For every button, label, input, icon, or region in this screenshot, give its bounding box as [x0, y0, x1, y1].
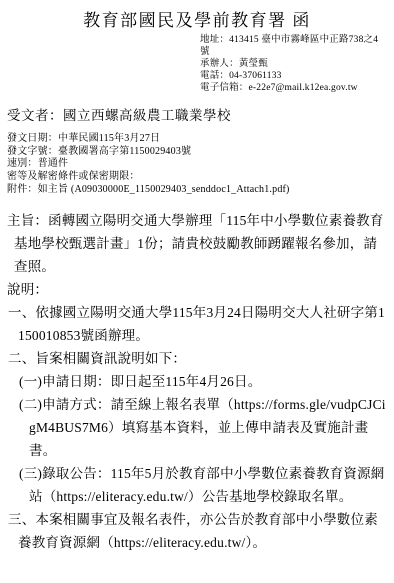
- subject-paragraph: 主旨：函轉國立陽明交通大學辦理「115年中小學數位素養教育基地學校甄選計畫」1份…: [14, 209, 388, 278]
- email-value: e-22e7@mail.k12ea.gov.tw: [249, 83, 358, 93]
- doc-number-line: 發文字號：臺教國署高字第1150029403號: [7, 146, 394, 159]
- agency-phone-line: 電話：04-37061133: [200, 70, 386, 82]
- meta-block: 發文日期：中華民國115年3月27日 發文字號：臺教國署高字第115002940…: [7, 133, 394, 197]
- issue-date-label: 發文日期：: [7, 133, 58, 144]
- phone-label: 電話：: [200, 71, 229, 81]
- recipient-value: 國立西螺高級農工職業學校: [63, 108, 231, 123]
- item-2-label: 二、: [8, 351, 35, 366]
- explanation-item-3: 三、本案相關事宜及報名表件，亦公告於教育部中小學數位素養教育資源網（https:…: [18, 508, 388, 554]
- agency-address-line: 地址：413415 臺中市霧峰區中正路738之4號: [200, 34, 386, 58]
- classification-line: 密等及解密條件或保密期限：: [7, 171, 394, 184]
- item-3-label: 三、: [8, 512, 35, 527]
- priority-line: 速別：普通件: [7, 158, 394, 171]
- official-letter-page: 教育部國民及學前教育署 函 地址：413415 臺中市霧峰區中正路738之4號 …: [0, 0, 394, 583]
- explanation-item-2-1: (一)申請日期：即日起至115年4月26日。: [29, 370, 388, 393]
- item-2-3-label: (三): [19, 466, 42, 481]
- issue-date-line: 發文日期：中華民國115年3月27日: [7, 133, 394, 146]
- agency-email-line: 電子信箱：e-22e7@mail.k12ea.gov.tw: [200, 82, 386, 94]
- classification-label: 密等及解密條件或保密期限：: [7, 171, 140, 182]
- item-2-1-text: 申請日期：即日起至115年4月26日。: [42, 374, 261, 389]
- recipient-line: 受文者：國立西螺高級農工職業學校: [7, 104, 394, 124]
- issue-date-value: 中華民國115年3月27日: [58, 133, 160, 144]
- item-2-2-text: 申請方式：請至線上報名表單（https://forms.gle/vudpCJCi…: [29, 397, 386, 458]
- subject-text: 函轉國立陽明交通大學辦理「115年中小學數位素養教育基地學校甄選計畫」1份；請貴…: [14, 213, 384, 274]
- item-2-text: 旨案相關資訊說明如下：: [35, 351, 186, 366]
- address-label: 地址：: [200, 35, 229, 45]
- attachment-value: 如主旨 (A09030000E_1150029403_senddoc1_Atta…: [38, 184, 290, 195]
- explanation-item-2-2: (二)申請方式：請至線上報名表單（https://forms.gle/vudpC…: [29, 393, 388, 462]
- recipient-label: 受文者：: [7, 108, 63, 123]
- subject-label: 主旨：: [7, 213, 48, 228]
- explanation-heading: 說明：: [7, 278, 388, 301]
- attachment-line: 附件：如主旨 (A09030000E_1150029403_senddoc1_A…: [7, 184, 394, 197]
- item-1-text: 依據國立陽明交通大學115年3月24日陽明交大人社研字第1150010853號函…: [18, 305, 385, 343]
- contact-label: 承辦人：: [200, 59, 239, 69]
- explanation-item-1: 一、依據國立陽明交通大學115年3月24日陽明交大人社研字第1150010853…: [18, 301, 388, 347]
- phone-value: 04-37061133: [229, 71, 282, 81]
- agency-contact-line: 承辦人：黃瑩甄: [200, 58, 386, 70]
- document-title: 教育部國民及學前教育署 函: [0, 6, 394, 31]
- item-1-label: 一、: [8, 305, 35, 320]
- priority-label: 速別：: [7, 158, 38, 169]
- item-2-2-label: (二): [19, 397, 42, 412]
- doc-number-value: 臺教國署高字第1150029403號: [58, 146, 191, 157]
- email-label: 電子信箱：: [200, 83, 249, 93]
- contact-value: 黃瑩甄: [239, 59, 268, 69]
- explanation-item-2: 二、旨案相關資訊說明如下：: [18, 347, 388, 370]
- explanation-item-2-3: (三)錄取公告：115年5月於教育部中小學數位素養教育資源網站（https://…: [29, 462, 388, 508]
- priority-value: 普通件: [38, 158, 69, 169]
- item-2-3-text: 錄取公告：115年5月於教育部中小學數位素養教育資源網站（https://eli…: [29, 466, 385, 504]
- attachment-label: 附件：: [7, 184, 38, 195]
- doc-number-label: 發文字號：: [7, 146, 58, 157]
- agency-info-block: 地址：413415 臺中市霧峰區中正路738之4號 承辦人：黃瑩甄 電話：04-…: [200, 34, 386, 94]
- item-3-text: 本案相關事宜及報名表件，亦公告於教育部中小學數位素養教育資源網（https://…: [18, 512, 378, 550]
- item-2-1-label: (一): [19, 374, 42, 389]
